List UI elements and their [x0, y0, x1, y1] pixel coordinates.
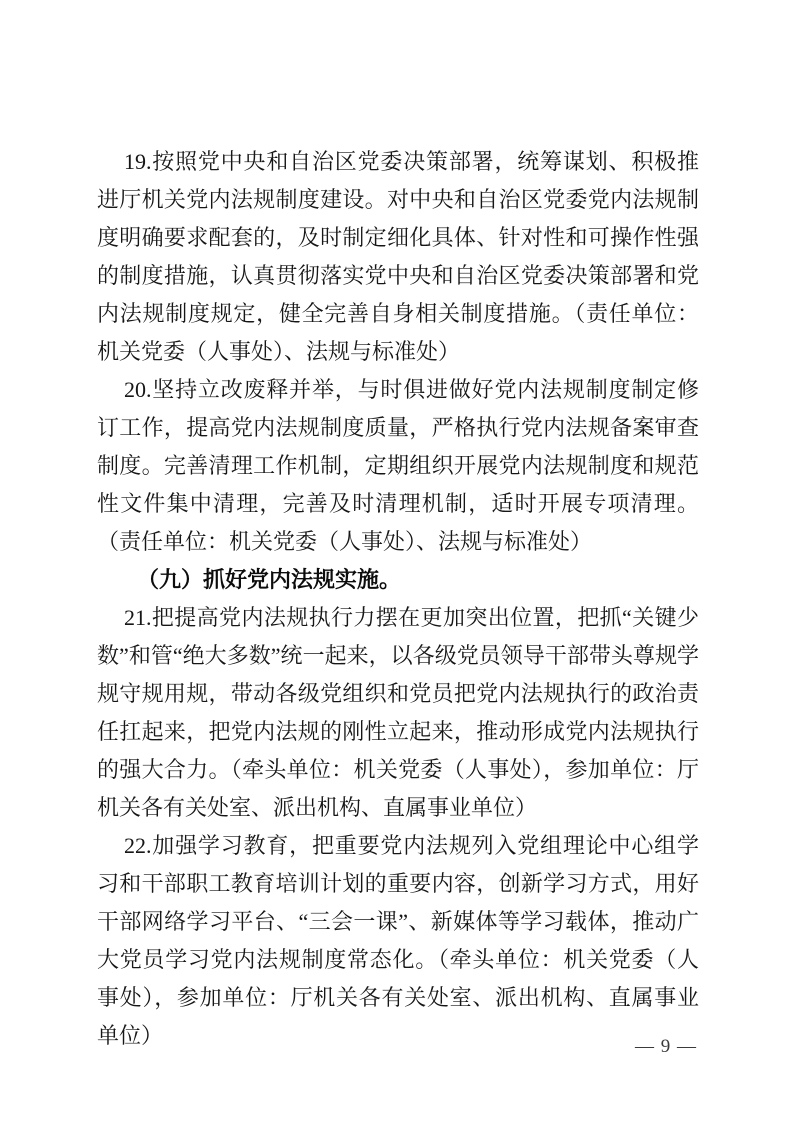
paragraph-item-21: 21.把提高党内法规执行力摆在更加突出位置，把抓“关键少数”和管“绝大多数”统一… [97, 599, 699, 827]
document-page: 19.按照党中央和自治区党委决策部署，统筹谋划、积极推进厅机关党内法规制度建设。… [0, 0, 793, 1121]
document-body: 19.按照党中央和自治区党委决策部署，统筹谋划、积极推进厅机关党内法规制度建设。… [97, 143, 699, 1055]
paragraph-item-19: 19.按照党中央和自治区党委决策部署，统筹谋划、积极推进厅机关党内法规制度建设。… [97, 143, 699, 371]
page-number: — 9 — [630, 1036, 702, 1058]
paragraph-item-20: 20.坚持立改废释并举，与时俱进做好党内法规制度制定修订工作，提高党内法规制度质… [97, 371, 699, 561]
section-heading-9: （九）抓好党内法规实施。 [97, 561, 699, 599]
paragraph-item-22: 22.加强学习教育，把重要党内法规列入党组理论中心组学习和干部职工教育培训计划的… [97, 827, 699, 1055]
